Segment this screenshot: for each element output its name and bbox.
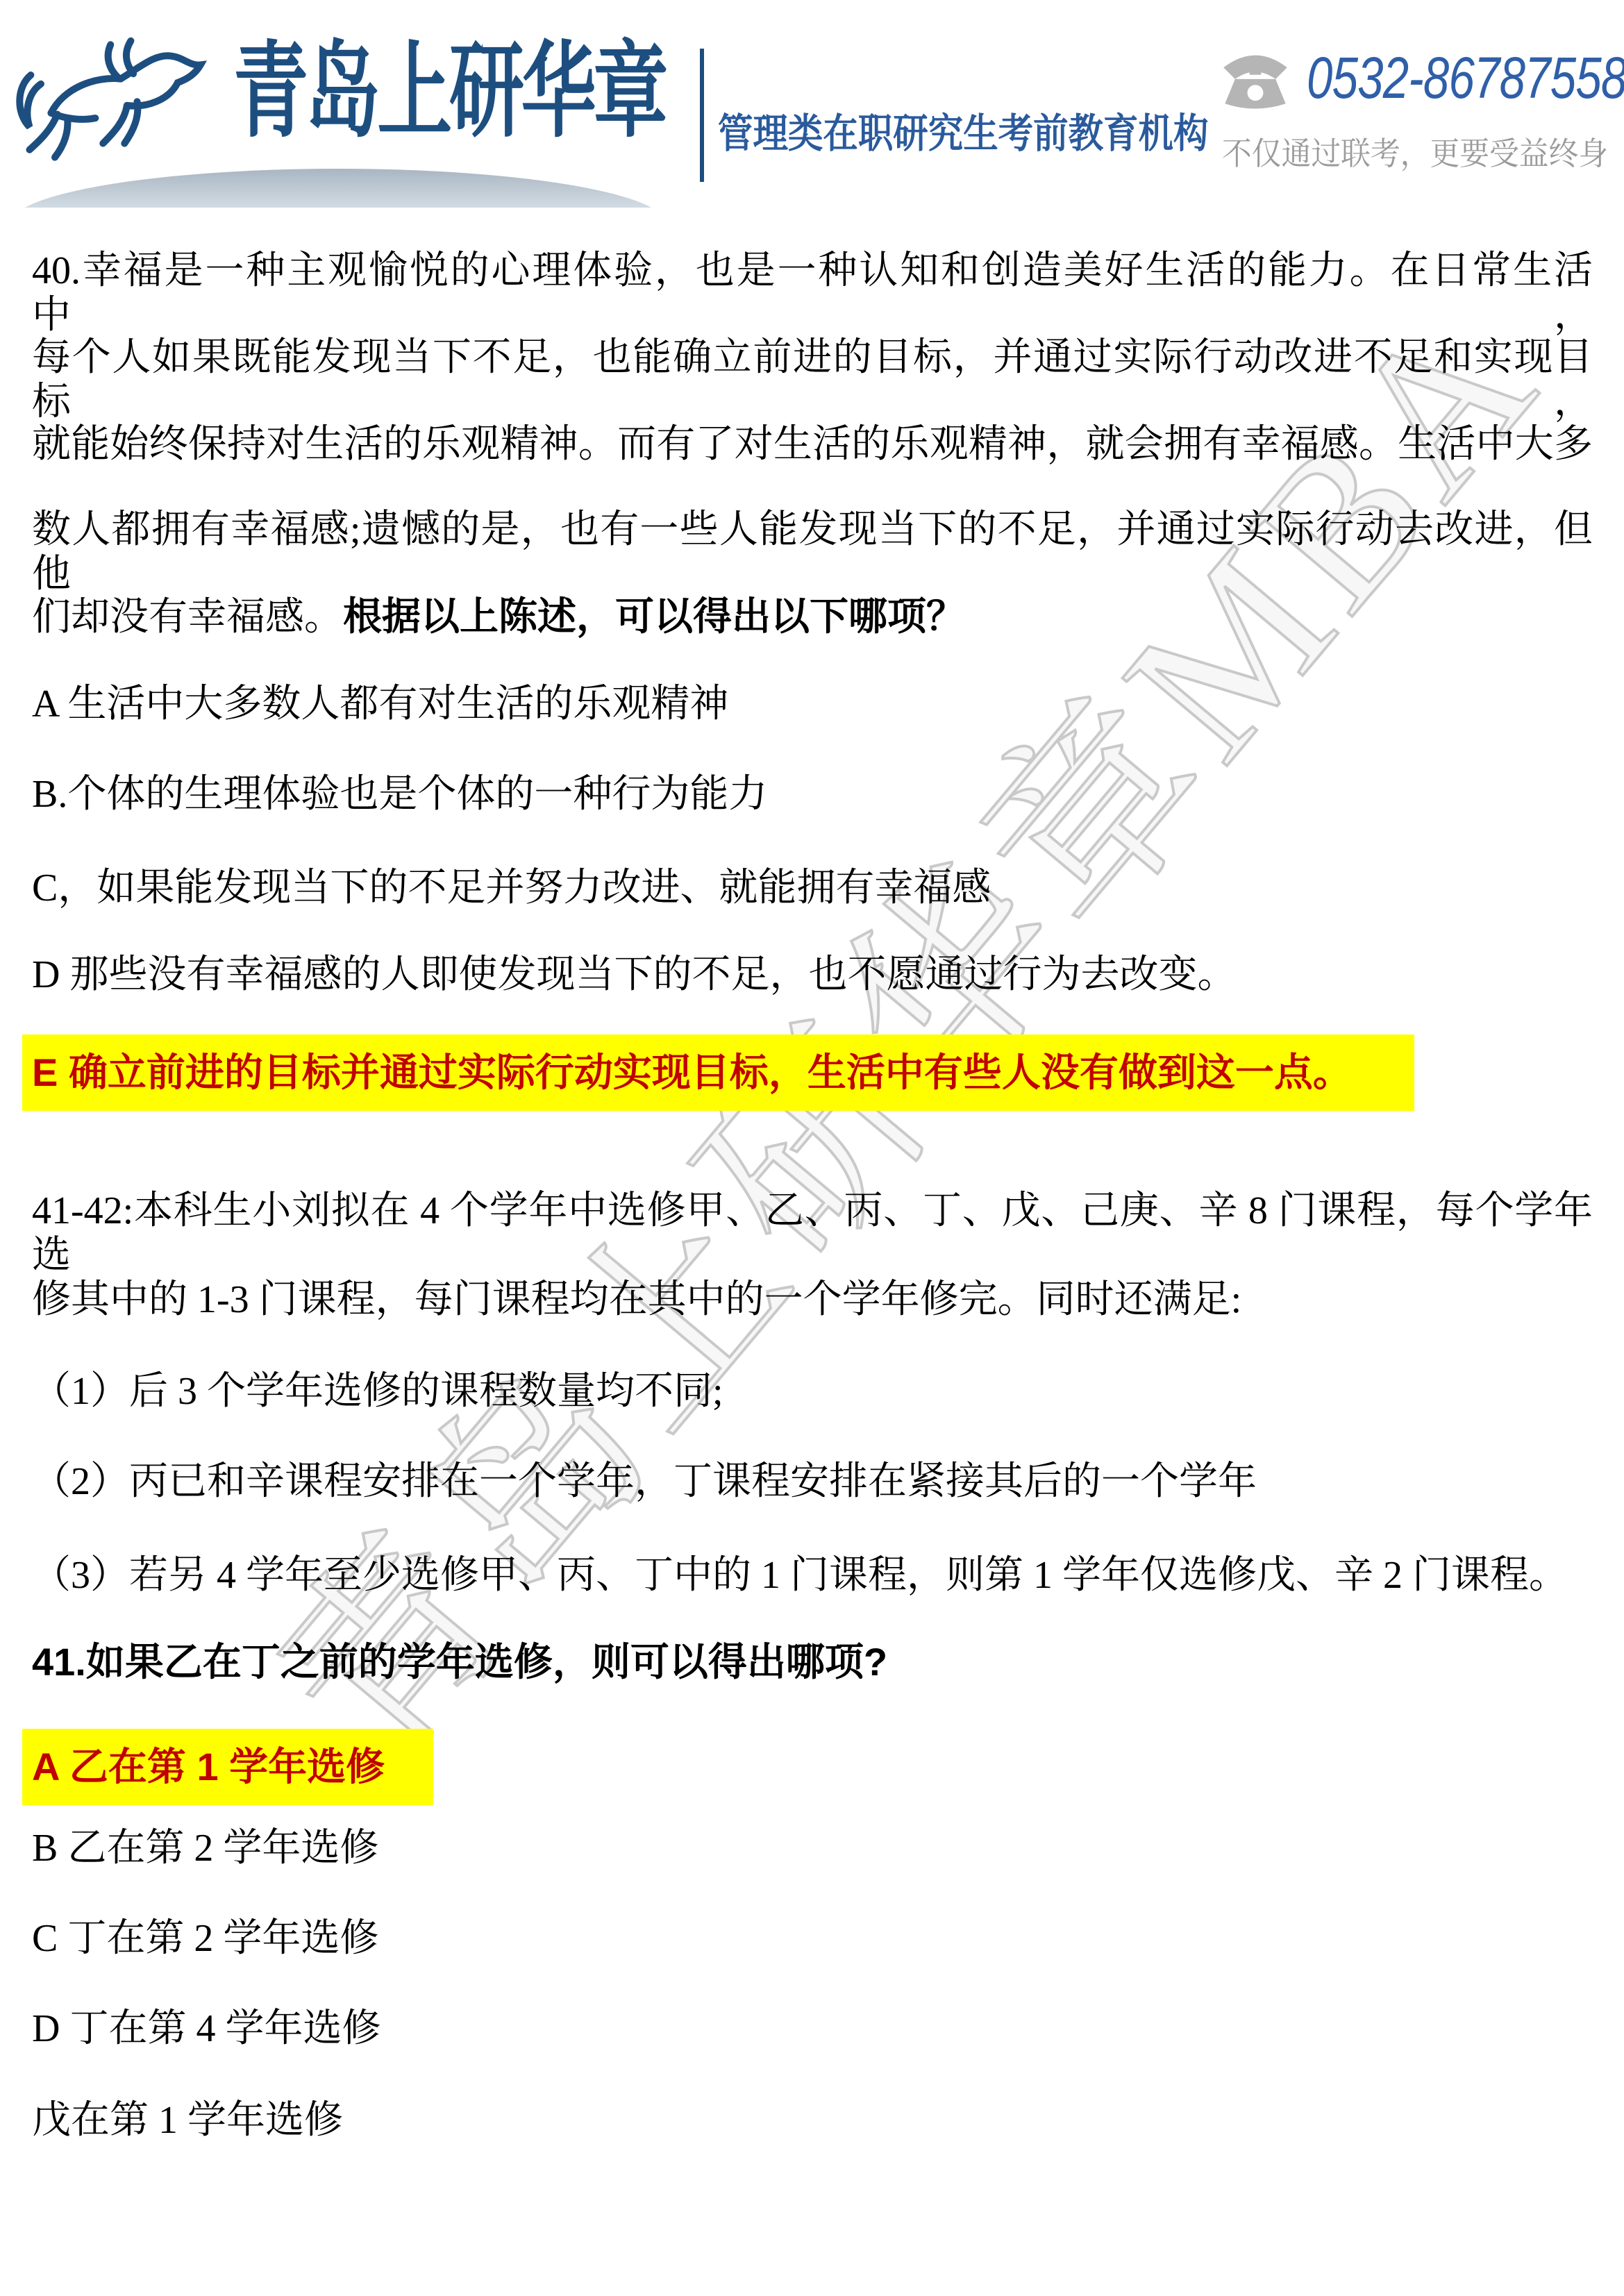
q41-option-c: C 丁在第 2 学年选修 xyxy=(32,1916,1593,1961)
brand-divider xyxy=(700,49,704,182)
q41-42-condition-3: （3）若另 4 学年至少选修甲、丙、丁中的 1 门课程，则第 1 学年仅选修戊、… xyxy=(32,1553,1593,1598)
q40-option-c: C，如果能发现当下的不足并努力改进、就能拥有幸福感 xyxy=(32,866,1593,910)
running-horse-icon xyxy=(11,18,228,176)
q41-42-stem-line: 41-42:本科生小刘拟在 4 个学年中选修甲、乙、丙、丁、戊、己庚、辛 8 门… xyxy=(32,1189,1593,1278)
q40-stem-line: 就能始终保持对生活的乐观精神。而有了对生活的乐观精神，就会拥有幸福感。生活中大多 xyxy=(32,422,1593,467)
document-page: 青岛上研华章MBA 青岛上研华章 管理类在职研究生考前教育机构 0532-867… xyxy=(0,0,1624,2296)
brand-subtitle: 管理类在职研究生考前教育机构 xyxy=(718,110,1208,158)
q40-answer-highlight: E 确立前进的目标并通过实际行动实现目标，生活中有些人没有做到这一点。 xyxy=(22,1034,1414,1111)
brand-title: 青岛上研华章 xyxy=(233,39,665,143)
q40-question: 根据以上陈述，可以得出以下哪项？ xyxy=(343,594,965,638)
q41-42-condition-1: （1）后 3 个学年选修的课程数量均不同; xyxy=(32,1369,1593,1414)
header: 青岛上研华章 管理类在职研究生考前教育机构 0532-86787558 不仅通过… xyxy=(0,0,1624,215)
q40-stem-line: 40.幸福是一种主观愉悦的心理体验，也是一种认知和创造美好生活的能力。在日常生活… xyxy=(32,249,1593,338)
q40-option-e-answer: E 确立前进的目标并通过实际行动实现目标，生活中有些人没有做到这一点。 xyxy=(32,1034,1593,1111)
q41-answer-highlight: A 乙在第 1 学年选修 xyxy=(22,1729,433,1805)
q41-option-b: B 乙在第 2 学年选修 xyxy=(32,1826,1593,1870)
document-content: 40.幸福是一种主观愉悦的心理体验，也是一种认知和创造美好生活的能力。在日常生活… xyxy=(0,0,1624,2296)
logo-arc-decoration xyxy=(10,169,667,208)
q40-stem-end: 们却没有幸福感。 xyxy=(32,596,343,639)
q40-stem-line: 数人都拥有幸福感;遗憾的是，也有一些人能发现当下的不足，并通过实际行动去改进，但… xyxy=(32,508,1593,597)
q40-stem-line: 每个人如果既能发现当下不足，也能确立前进的目标，并通过实际行动改进不足和实现目标… xyxy=(32,335,1593,425)
telephone-icon xyxy=(1219,44,1291,117)
q41-42-stem-line: 修其中的 1-3 门课程，每门课程均在其中的一个学年修完。同时还满足: xyxy=(32,1277,1593,1322)
q40-stem-line: 们却没有幸福感。根据以上陈述，可以得出以下哪项？ xyxy=(32,594,1593,639)
q41-heading: 41.如果乙在丁之前的学年选修，则可以得出哪项? xyxy=(32,1640,1593,1684)
header-tagline: 不仅通过联考，更要受益终身 xyxy=(1222,135,1608,173)
q41-42-condition-2: （2）丙已和辛课程安排在一个学年，丁课程安排在紧接其后的一个学年 xyxy=(32,1459,1593,1504)
q40-option-a: A 生活中大多数人都有对生活的乐观精神 xyxy=(32,682,1593,726)
q40-option-b: B.个体的生理体验也是个体的一种行为能力 xyxy=(32,772,1593,816)
q41-option-d: D 丁在第 4 学年选修 xyxy=(32,2006,1593,2051)
q40-option-d: D 那些没有幸福感的人即使发现当下的不足，也不愿通过行为去改变。 xyxy=(32,953,1593,997)
q41-option-e: 戊在第 1 学年选修 xyxy=(32,2098,1593,2143)
phone-number: 0532-86787558 xyxy=(1307,49,1624,107)
q41-option-a-answer: A 乙在第 1 学年选修 xyxy=(32,1729,1593,1805)
